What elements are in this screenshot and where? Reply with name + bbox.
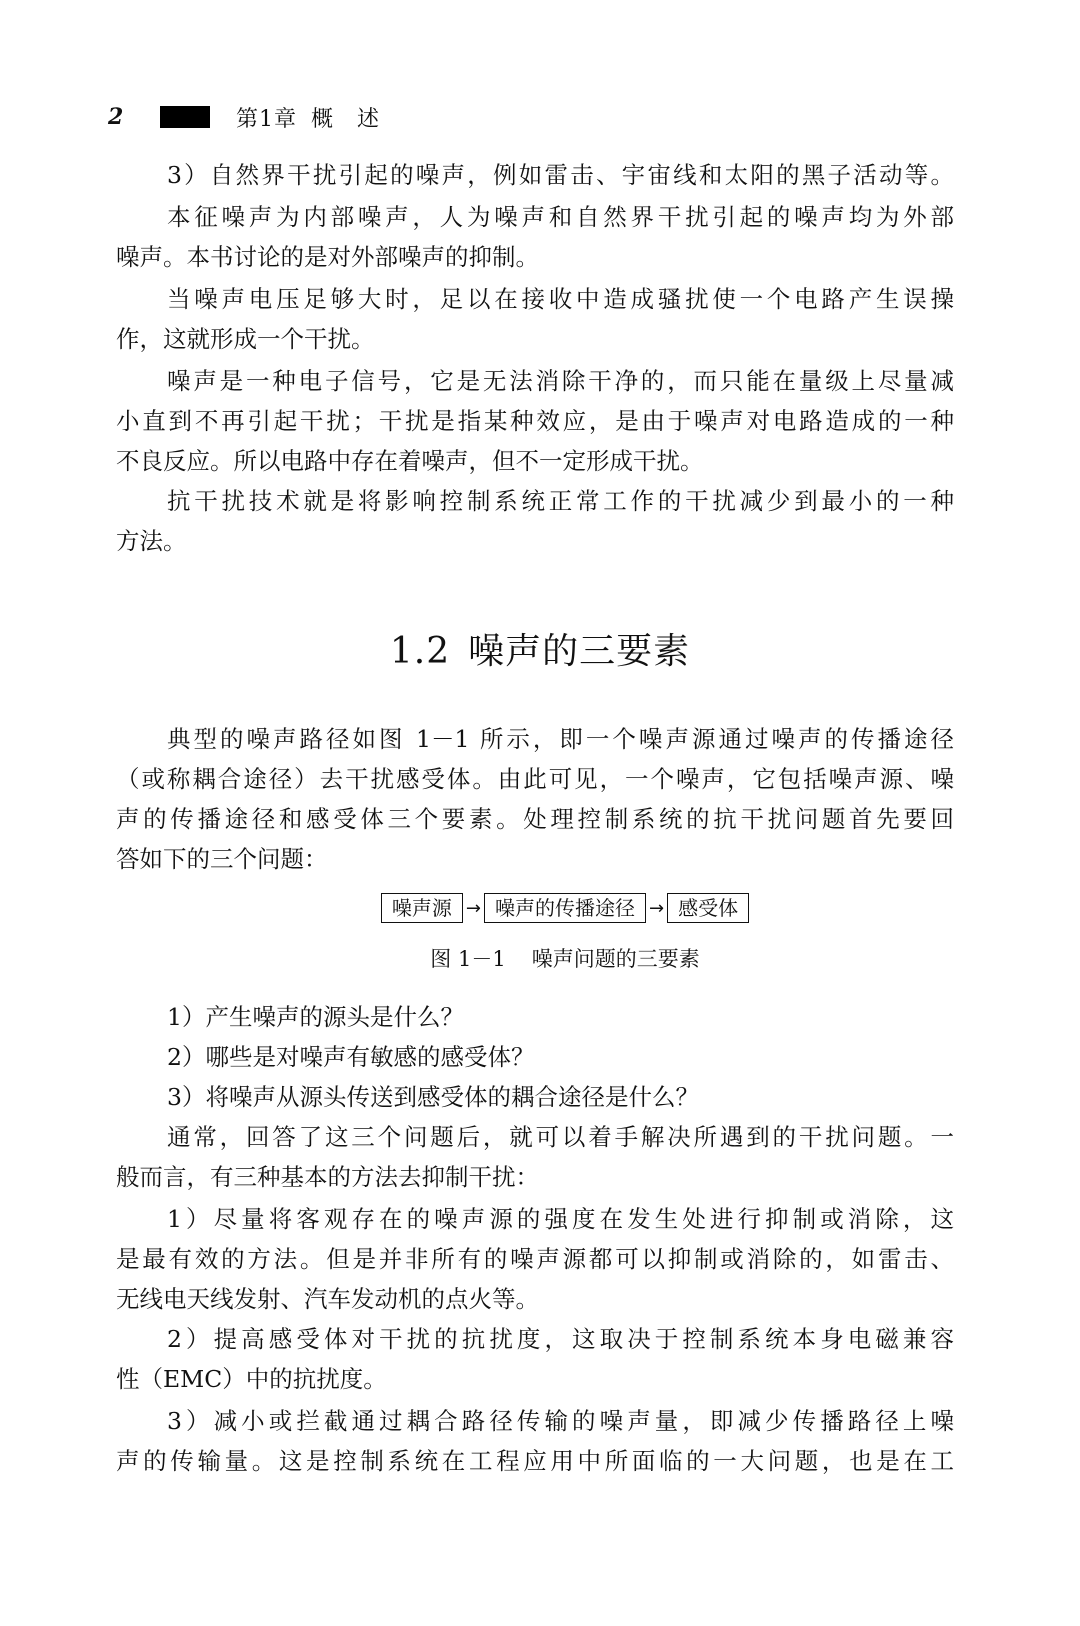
list-item: 2）哪些是对噪声有敏感的感受体？ <box>167 1040 954 1074</box>
header-black-bar <box>160 106 210 128</box>
text-line: 噪声。本书讨论的是对外部噪声的抑制。 <box>116 240 954 274</box>
text-line: 2）提高感受体对干扰的抗扰度，这取决于控制系统本身电磁兼容 <box>167 1322 954 1356</box>
text-line: 本征噪声为内部噪声，人为噪声和自然界干扰引起的噪声均为外部 <box>167 200 954 234</box>
text-line: 无线电天线发射、汽车发动机的点火等。 <box>116 1282 954 1316</box>
text-line: （或称耦合途径）去干扰感受体。由此可见，一个噪声，它包括噪声源、噪 <box>116 762 954 796</box>
text-line: 声的传输量。这是控制系统在工程应用中所面临的一大问题，也是在工 <box>116 1444 954 1478</box>
text-line: 通常，回答了这三个问题后，就可以着手解决所遇到的干扰问题。一 <box>167 1120 954 1154</box>
figure-box-propagation-path: 噪声的传播途径 <box>484 893 646 923</box>
text-line: 当噪声电压足够大时，足以在接收中造成骚扰使一个电路产生误操 <box>167 282 954 316</box>
text-line: 3）减小或拦截通过耦合路径传输的噪声量，即减少传播路径上噪 <box>167 1404 954 1438</box>
text-line: 性（EMC）中的抗扰度。 <box>116 1362 954 1396</box>
text-line: 抗干扰技术就是将影响控制系统正常工作的干扰减少到最小的一种 <box>167 484 954 518</box>
figure-box-receptor: 感受体 <box>667 893 749 923</box>
list-item: 1）产生噪声的源头是什么？ <box>167 1000 954 1034</box>
figure-caption: 图 1－1噪声问题的三要素 <box>0 944 1080 974</box>
text-line: 方法。 <box>116 524 954 558</box>
chapter-number: 第1章 <box>236 107 297 132</box>
figure-caption-label: 图 1－1 <box>430 947 505 971</box>
section-title-text: 噪声的三要素 <box>468 631 690 672</box>
section-number: 1.2 <box>390 631 450 672</box>
text-line: 是最有效的方法。但是并非所有的噪声源都可以抑制或消除的，如雷击、 <box>116 1242 954 1276</box>
page-number: 2 <box>108 104 148 130</box>
text-line: 答如下的三个问题： <box>116 842 954 876</box>
figure-caption-text: 噪声问题的三要素 <box>532 947 700 971</box>
section-heading: 1.2噪声的三要素 <box>0 630 1080 674</box>
text-line: 1）尽量将客观存在的噪声源的强度在发生处进行抑制或消除，这 <box>167 1202 954 1236</box>
text-line: 声的传播途径和感受体三个要素。处理控制系统的抗干扰问题首先要回 <box>116 802 954 836</box>
text-line: 噪声是一种电子信号，它是无法消除干净的，而只能在量级上尽量减 <box>167 364 954 398</box>
chapter-title: 概 述 <box>311 107 380 132</box>
text-line: 小直到不再引起干扰；干扰是指某种效应，是由于噪声对电路造成的一种 <box>116 404 954 438</box>
book-page: 2 第1章概 述 3）自然界干扰引起的噪声，例如雷击、宇宙线和太阳的黑子活动等。… <box>0 0 1080 1626</box>
figure-noise-three-elements: 噪声源 → 噪声的传播途径 → 感受体 <box>0 893 1080 923</box>
arrow-right-icon: → <box>466 898 481 919</box>
figure-box-noise-source: 噪声源 <box>381 893 463 923</box>
running-header: 2 第1章概 述 <box>108 100 380 134</box>
arrow-right-icon: → <box>649 898 664 919</box>
text-line: 般而言，有三种基本的方法去抑制干扰： <box>116 1160 954 1194</box>
text-line: 不良反应。所以电路中存在着噪声，但不一定形成干扰。 <box>116 444 954 478</box>
list-item: 3）将噪声从源头传送到感受体的耦合途径是什么？ <box>167 1080 954 1114</box>
chapter-label: 第1章概 述 <box>236 102 380 133</box>
text-line: 作，这就形成一个干扰。 <box>116 322 954 356</box>
text-line: 典型的噪声路径如图 1－1 所示，即一个噪声源通过噪声的传播途径 <box>167 722 954 756</box>
text-line: 3）自然界干扰引起的噪声，例如雷击、宇宙线和太阳的黑子活动等。 <box>167 158 954 192</box>
